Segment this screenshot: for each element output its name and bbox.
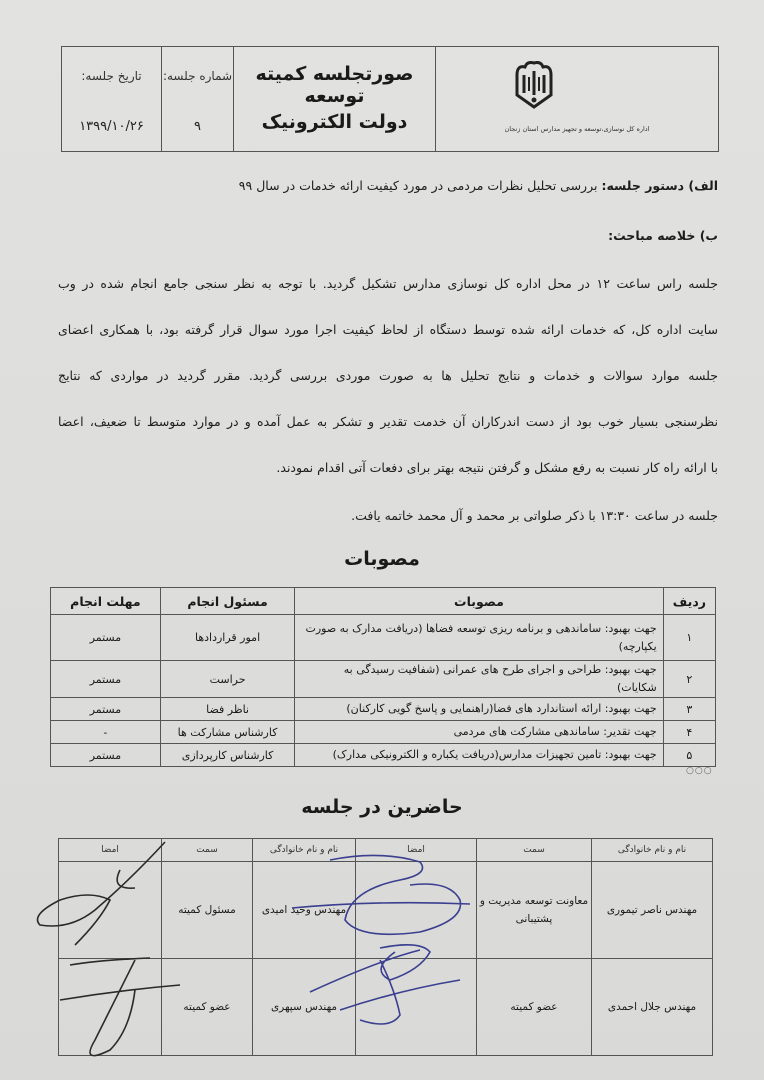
meeting-number-value: ۹ — [162, 119, 233, 134]
deadline: مستمر — [51, 615, 161, 661]
responsible: کارشناس مشارکت ها — [160, 721, 294, 744]
meeting-number-cell: شماره جلسه: ۹ — [162, 47, 234, 151]
responsible: کارشناس کارپردازی — [160, 744, 294, 767]
resolution-text: جهت بهبود: ارائه استاندارد های فضا(راهنم… — [295, 698, 663, 721]
attendee-name: مهندس ناصر تیموری — [592, 862, 713, 959]
column-header-resolution: مصوبات — [295, 588, 663, 615]
resolutions-header-row: ردیف مصوبات مسئول انجام مهلت انجام — [51, 588, 716, 615]
meeting-number-label: شماره جلسه: — [162, 69, 233, 83]
table-row: ۳ جهت بهبود: ارائه استاندارد های فضا(راه… — [51, 698, 716, 721]
summary-line-2: سایت اداره کل، که خدمات ارائه شده توسط د… — [58, 322, 718, 337]
responsible: ناظر فضا — [160, 698, 294, 721]
table-row: ۵ جهت بهبود: تامین تجهیزات مدارس(دریافت … — [51, 744, 716, 767]
attendee-signature — [356, 862, 477, 959]
organization-logo-cell: اداره کل نوسازی،توسعه و تجهیز مدارس استا… — [436, 47, 718, 151]
column-header-index: ردیف — [663, 588, 715, 615]
column-header-deadline: مهلت انجام — [51, 588, 161, 615]
attendee-signature — [356, 959, 477, 1056]
column-header-signature-2: امضا — [59, 839, 162, 862]
column-header-role-2: سمت — [162, 839, 253, 862]
summary-label: ب) خلاصه مباحث: — [608, 228, 718, 243]
table-row: ۲ جهت بهبود: طراحی و اجرای طرح های عمران… — [51, 661, 716, 698]
resolution-text: جهت بهبود: تامین تجهیزات مدارس(دریافت یک… — [295, 744, 663, 767]
resolutions-title: مصوبات — [0, 548, 764, 570]
attendees-table: نام و نام خانوادگی سمت امضا نام و نام خا… — [58, 838, 713, 1056]
summary-heading: ب) خلاصه مباحث: — [608, 228, 718, 243]
responsible: حراست — [160, 661, 294, 698]
responsible: امور قراردادها — [160, 615, 294, 661]
deadline: مستمر — [51, 661, 161, 698]
attendee-name: مهندس جلال احمدی — [592, 959, 713, 1056]
document-title-cell: صورتجلسه کمیته توسعه دولت الکترونیک — [234, 47, 436, 151]
meeting-date-cell: تاریخ جلسه: ۱۳۹۹/۱۰/۲۶ — [62, 47, 162, 151]
column-header-signature: امضا — [356, 839, 477, 862]
row-index: ۲ — [663, 661, 715, 698]
attendee-role: عضو کمیته — [477, 959, 592, 1056]
organization-emblem-icon — [513, 61, 555, 109]
row-index: ۵ — [663, 744, 715, 767]
attendee-role: معاونت توسعه مدیریت و پشتیبانی — [477, 862, 592, 959]
row-index: ۴ — [663, 721, 715, 744]
meeting-date-label: تاریخ جلسه: — [62, 69, 161, 83]
column-header-name-2: نام و نام خانوادگی — [253, 839, 356, 862]
attendee-name: مهندس وحید امیدی — [253, 862, 356, 959]
continuation-marker: ○○○ — [686, 766, 713, 776]
table-row: ۱ جهت بهبود: ساماندهی و برنامه ریزی توسع… — [51, 615, 716, 661]
attendee-role: مسئول کمیته — [162, 862, 253, 959]
attendee-signature — [59, 862, 162, 959]
agenda-line: الف) دستور جلسه: بررسی تحلیل نظرات مردمی… — [239, 178, 718, 193]
attendee-signature — [59, 959, 162, 1056]
deadline: مستمر — [51, 698, 161, 721]
attendee-row: مهندس جلال احمدی عضو کمیته مهندس سپهری ع… — [59, 959, 713, 1056]
attendee-name: مهندس سپهری — [253, 959, 356, 1056]
deadline: مستمر — [51, 744, 161, 767]
organization-name: اداره کل نوسازی،توسعه و تجهیز مدارس استا… — [436, 125, 718, 133]
attendees-title: حاضرین در جلسه — [0, 796, 764, 818]
column-header-role: سمت — [477, 839, 592, 862]
resolution-text: جهت بهبود: ساماندهی و برنامه ریزی توسعه … — [295, 615, 663, 661]
summary-closing: جلسه در ساعت ۱۳:۳۰ با ذکر صلواتی بر محمد… — [351, 508, 718, 523]
document-page: تاریخ جلسه: ۱۳۹۹/۱۰/۲۶ شماره جلسه: ۹ صور… — [0, 0, 764, 1080]
resolution-text: جهت بهبود: طراحی و اجرای طرح های عمرانی … — [295, 661, 663, 698]
agenda-label: الف) دستور جلسه: — [601, 178, 718, 193]
resolutions-table: ردیف مصوبات مسئول انجام مهلت انجام ۱ جهت… — [50, 587, 716, 767]
deadline: - — [51, 721, 161, 744]
column-header-name: نام و نام خانوادگی — [592, 839, 713, 862]
document-title-line1: صورتجلسه کمیته توسعه — [234, 63, 435, 107]
summary-line-3: جلسه موارد سوالات و خدمات و نتایج تحلیل … — [58, 368, 718, 383]
agenda-text: بررسی تحلیل نظرات مردمی در مورد کیفیت ار… — [239, 178, 598, 193]
attendees-header-row: نام و نام خانوادگی سمت امضا نام و نام خا… — [59, 839, 713, 862]
document-title-line2: دولت الکترونیک — [234, 111, 435, 133]
resolution-text: جهت تقدیر: ساماندهی مشارکت های مردمی — [295, 721, 663, 744]
meeting-date-value: ۱۳۹۹/۱۰/۲۶ — [62, 119, 161, 134]
attendee-role: عضو کمیته — [162, 959, 253, 1056]
row-index: ۳ — [663, 698, 715, 721]
row-index: ۱ — [663, 615, 715, 661]
attendee-row: مهندس ناصر تیموری معاونت توسعه مدیریت و … — [59, 862, 713, 959]
column-header-responsible: مسئول انجام — [160, 588, 294, 615]
summary-line-5: با ارائه راه کار نسبت به رفع مشکل و گرفت… — [276, 460, 718, 475]
document-header: تاریخ جلسه: ۱۳۹۹/۱۰/۲۶ شماره جلسه: ۹ صور… — [61, 46, 719, 152]
summary-line-1: جلسه راس ساعت ۱۲ در محل اداره کل نوسازی … — [58, 276, 718, 291]
table-row: ۴ جهت تقدیر: ساماندهی مشارکت های مردمی ک… — [51, 721, 716, 744]
summary-line-4: نظرسنجی بسیار خوب بود از دست اندرکاران آ… — [58, 414, 718, 429]
